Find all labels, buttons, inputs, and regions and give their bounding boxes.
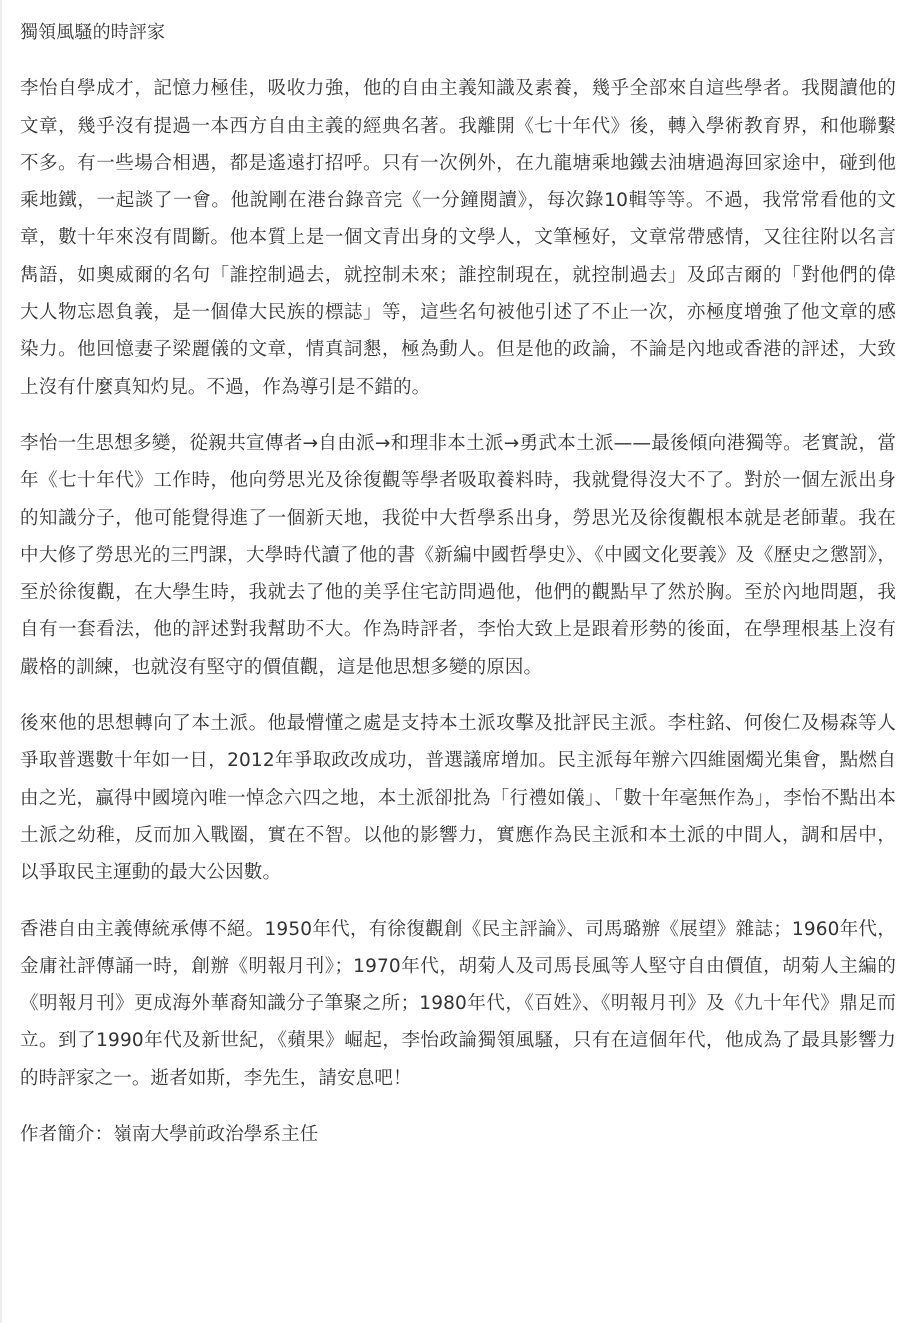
paragraph-2: 李怡一生思想多變，從親共宣傳者→自由派→和理非本土派→勇武本土派——最後傾向港獨… <box>20 425 896 686</box>
author-bio: 作者簡介：嶺南大學前政治學系主任 <box>20 1116 896 1153</box>
paragraph-3: 後來他的思想轉向了本土派。他最懵懂之處是支持本土派攻擊及批評民主派。李柱銘、何俊… <box>20 705 896 891</box>
paragraph-4: 香港自由主義傳統承傳不絕。1950年代，有徐復觀創《民主評論》、司馬璐辦《展望》… <box>20 911 896 1097</box>
article-body: 獨領風騷的時評家 李怡自學成才，記憶力極佳，吸收力強，他的自由主義知識及素養，幾… <box>20 14 896 1153</box>
section-title: 獨領風騷的時評家 <box>20 14 896 51</box>
paragraph-1: 李怡自學成才，記憶力極佳，吸收力強，他的自由主義知識及素養，幾乎全部來自這些學者… <box>20 70 896 406</box>
page-left-border <box>0 0 2 1323</box>
